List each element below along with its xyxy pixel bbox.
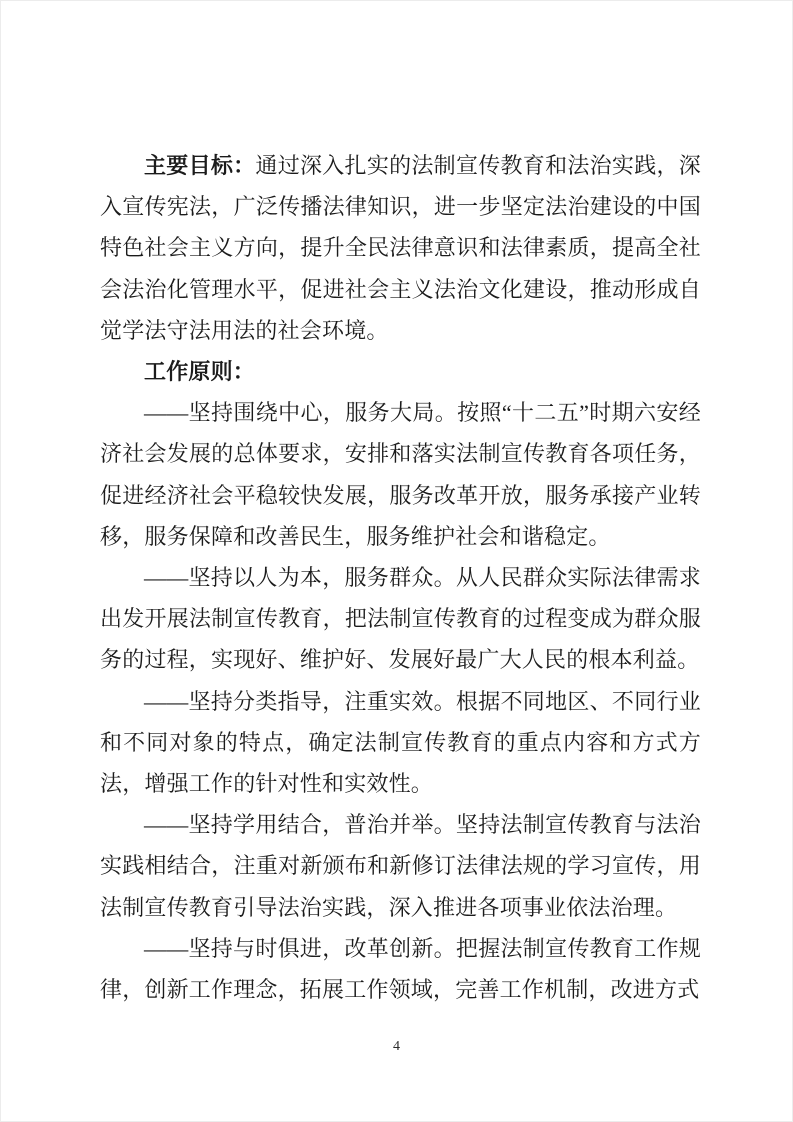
paragraph: ——坚持分类指导，注重实效。根据不同地区、不同行业和不同对象的特点，确定法制宣传…: [100, 681, 701, 805]
paragraph-text: ——坚持与时俱进，改革创新。把握法制宣传教育工作规律，创新工作理念，拓展工作领域…: [100, 936, 701, 1002]
paragraph: 工作原则：: [100, 351, 701, 392]
paragraph-text: ——坚持学用结合，普治并举。坚持法制宣传教育与法治实践相结合，注重对新颁布和新修…: [100, 812, 701, 919]
paragraph: ——坚持与时俱进，改革创新。把握法制宣传教育工作规律，创新工作理念，拓展工作领域…: [100, 928, 701, 1010]
document-body: 主要目标：通过深入扎实的法制宣传教育和法治实践，深入宣传宪法，广泛传播法律知识，…: [100, 145, 701, 1010]
page-footer: 4: [1, 1037, 792, 1057]
paragraph: 主要目标：通过深入扎实的法制宣传教育和法治实践，深入宣传宪法，广泛传播法律知识，…: [100, 145, 701, 351]
paragraph: ——坚持围绕中心，服务大局。按照“十二五”时期六安经济社会发展的总体要求，安排和…: [100, 392, 701, 557]
paragraph-text: ——坚持以人为本，服务群众。从人民群众实际法律需求出发开展法制宣传教育，把法制宣…: [100, 565, 701, 672]
paragraph: ——坚持以人为本，服务群众。从人民群众实际法律需求出发开展法制宣传教育，把法制宣…: [100, 557, 701, 681]
paragraph-text: ——坚持分类指导，注重实效。根据不同地区、不同行业和不同对象的特点，确定法制宣传…: [100, 689, 701, 796]
page-number: 4: [393, 1039, 400, 1054]
paragraph-lead: 主要目标：: [144, 153, 255, 178]
paragraphs: 主要目标：通过深入扎实的法制宣传教育和法治实践，深入宣传宪法，广泛传播法律知识，…: [100, 145, 701, 1010]
paragraph: ——坚持学用结合，普治并举。坚持法制宣传教育与法治实践相结合，注重对新颁布和新修…: [100, 804, 701, 928]
document-page: 主要目标：通过深入扎实的法制宣传教育和法治实践，深入宣传宪法，广泛传播法律知识，…: [0, 0, 793, 1122]
paragraph-text: 通过深入扎实的法制宣传教育和法治实践，深入宣传宪法，广泛传播法律知识，进一步坚定…: [100, 153, 701, 343]
paragraph-text: ——坚持围绕中心，服务大局。按照“十二五”时期六安经济社会发展的总体要求，安排和…: [100, 400, 701, 549]
paragraph-lead: 工作原则：: [144, 359, 255, 384]
